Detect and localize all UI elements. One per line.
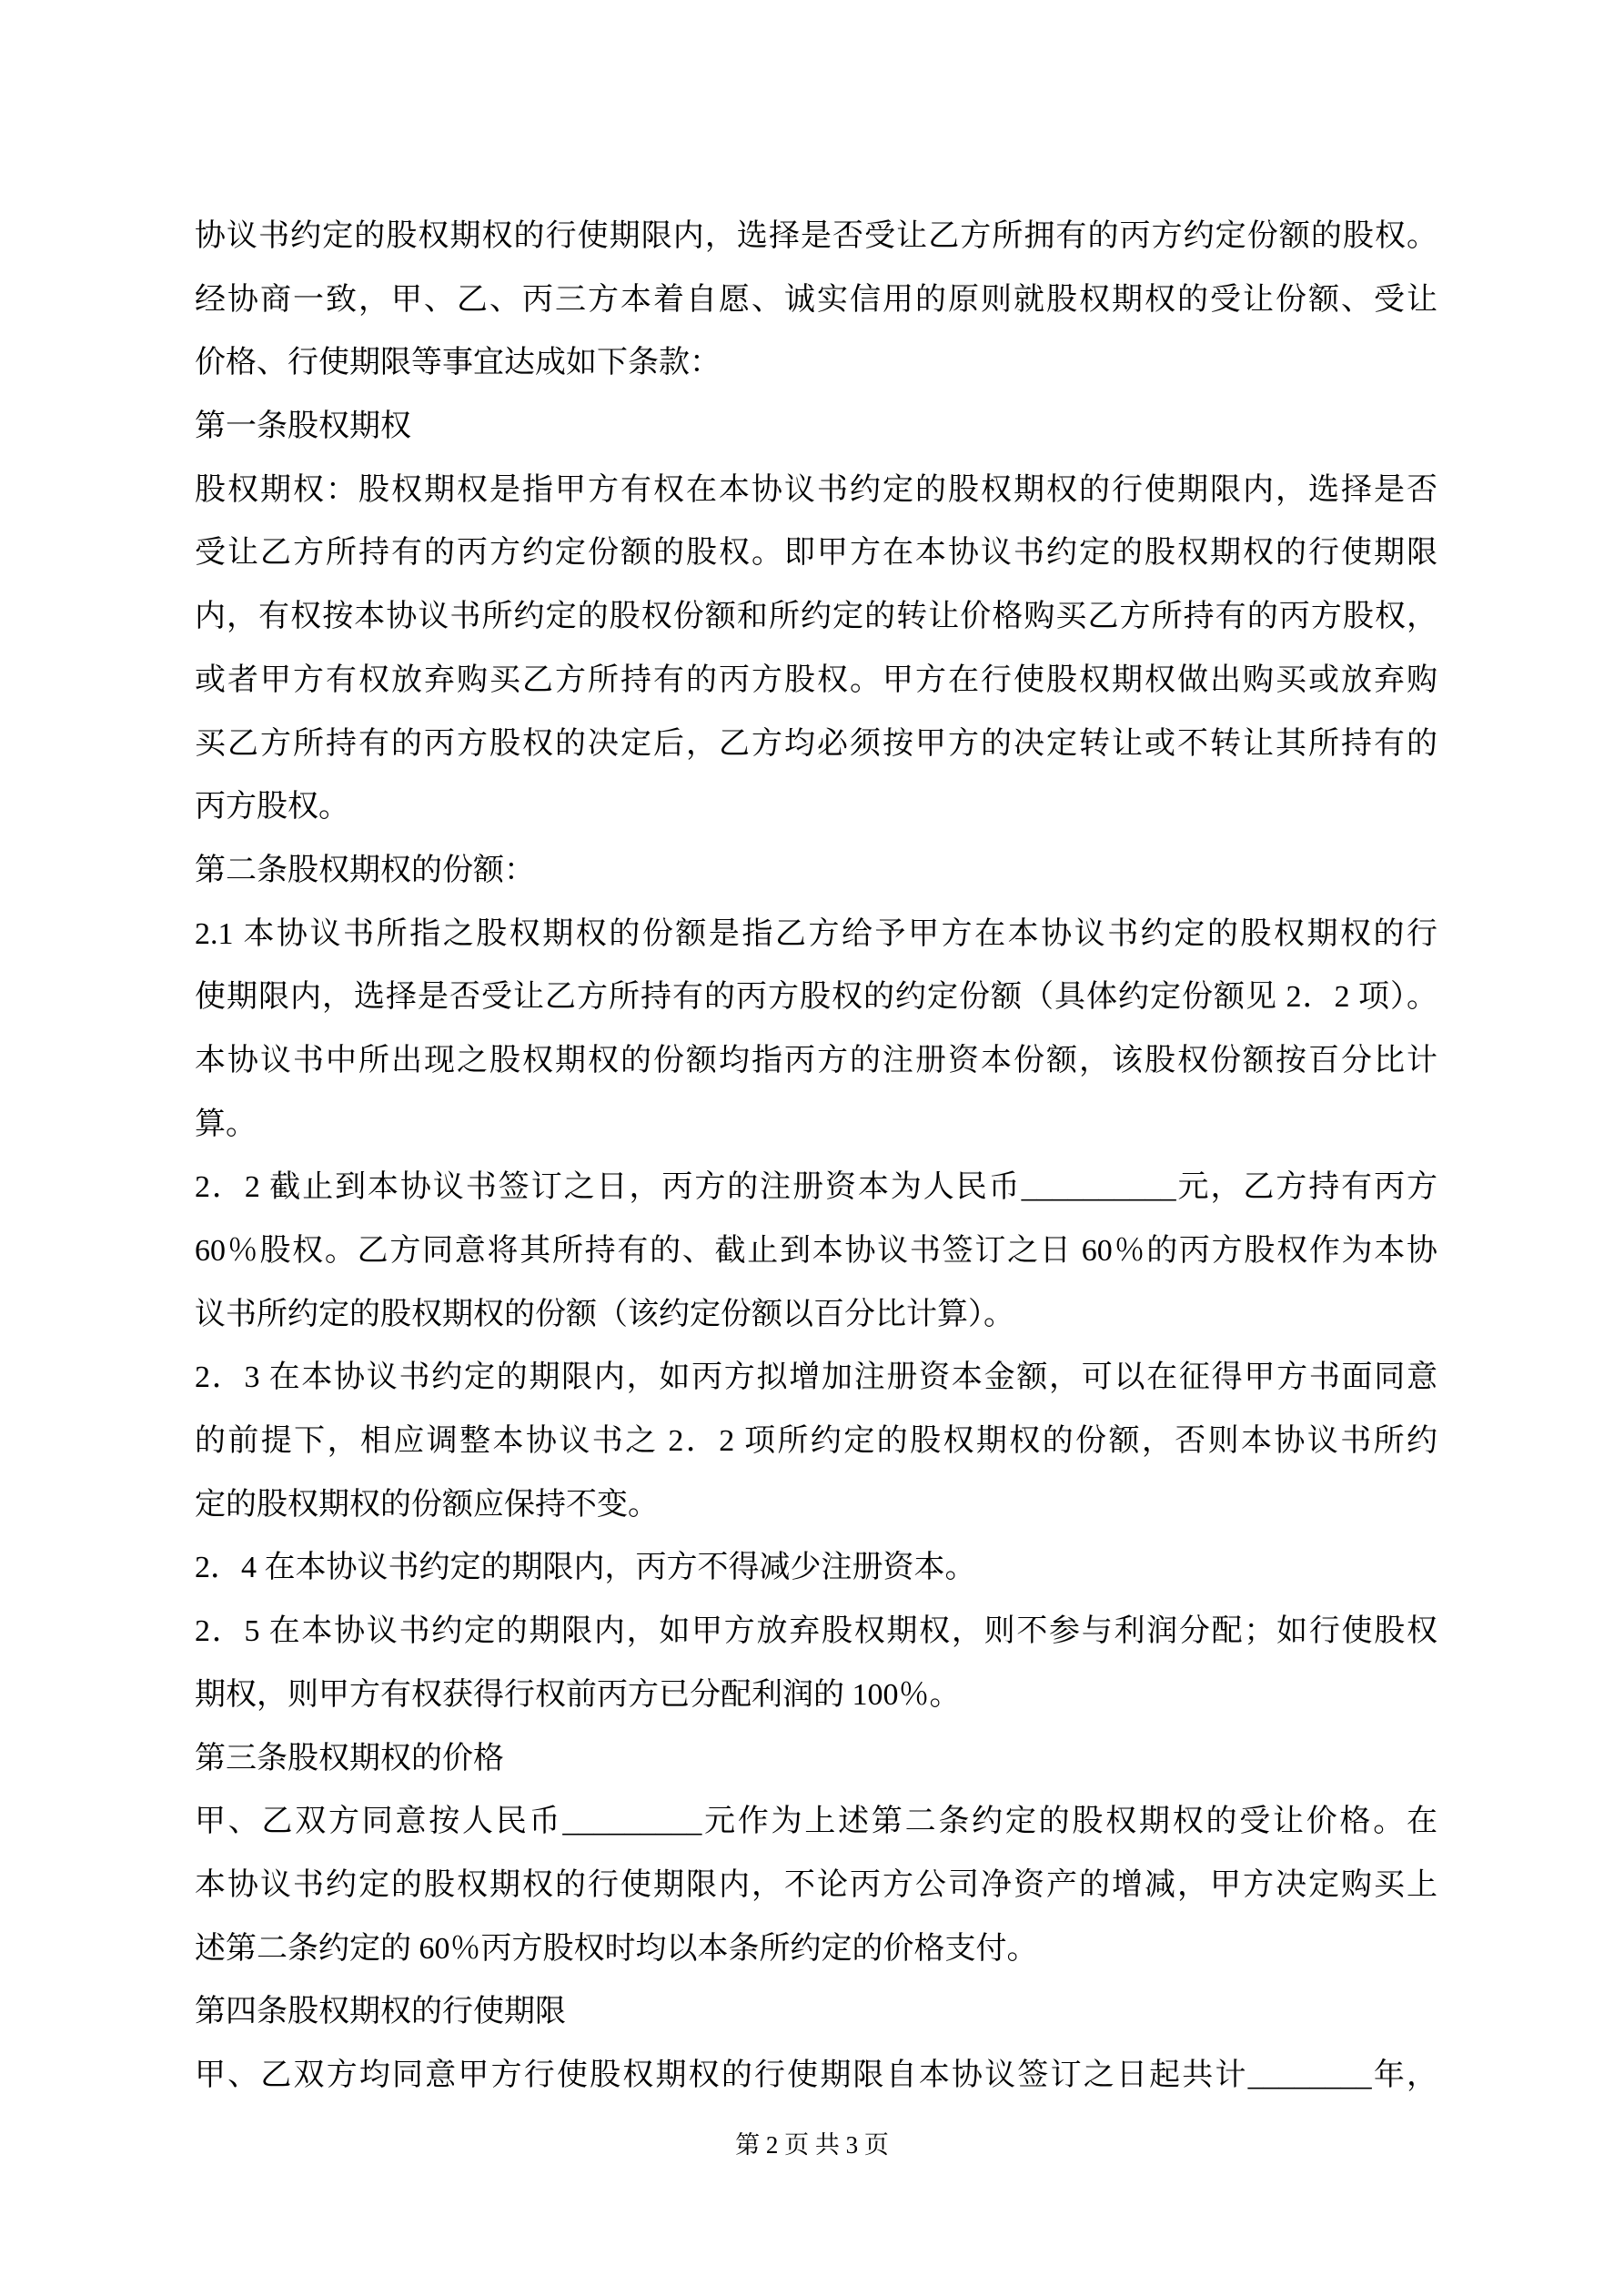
- document-line: 第一条股权期权: [195, 395, 1437, 459]
- document-line: 丙方股权。: [195, 775, 1437, 839]
- document-line: 或者甲方有权放弃购买乙方所持有的丙方股权。甲方在行使股权期权做出购买或放弃购: [195, 649, 1437, 713]
- document-line: 价格、行使期限等事宜达成如下条款：: [195, 331, 1437, 395]
- document-line: 2．3 在本协议书约定的期限内，如丙方拟增加注册资本金额，可以在征得甲方书面同意: [195, 1346, 1437, 1410]
- document-line: 第三条股权期权的价格: [195, 1727, 1437, 1791]
- document-line: 第二条股权期权的份额：: [195, 839, 1437, 903]
- document-line: 本协议书中所出现之股权期权的份额均指丙方的注册资本份额，该股权份额按百分比计: [195, 1029, 1437, 1093]
- document-body: 协议书约定的股权期权的行使期限内，选择是否受让乙方所拥有的丙方约定份额的股权。经…: [195, 205, 1437, 2108]
- document-line: 买乙方所持有的丙方股权的决定后，乙方均必须按甲方的决定转让或不转让其所持有的: [195, 713, 1437, 776]
- document-line: 经协商一致，甲、乙、丙三方本着自愿、诚实信用的原则就股权期权的受让份额、受让: [195, 268, 1437, 332]
- document-line: 算。: [195, 1093, 1437, 1157]
- document-line: 内，有权按本协议书所约定的股权份额和所约定的转让价格购买乙方所持有的丙方股权，: [195, 585, 1437, 649]
- document-line: 60％股权。乙方同意将其所持有的、截止到本协议书签订之日 60％的丙方股权作为本…: [195, 1219, 1437, 1283]
- document-line: 股权期权：股权期权是指甲方有权在本协议书约定的股权期权的行使期限内，选择是否: [195, 459, 1437, 522]
- document-line: 本协议书约定的股权期权的行使期限内，不论丙方公司净资产的增减，甲方决定购买上: [195, 1854, 1437, 1917]
- page-footer: 第 2 页 共 3 页: [0, 2128, 1624, 2162]
- document-line: 第四条股权期权的行使期限: [195, 1980, 1437, 2044]
- document-line: 2.1 本协议书所指之股权期权的份额是指乙方给予甲方在本协议书约定的股权期权的行: [195, 903, 1437, 966]
- document-line: 期权，则甲方有权获得行权前丙方已分配利润的 100％。: [195, 1664, 1437, 1727]
- document-line: 受让乙方所持有的丙方约定份额的股权。即甲方在本协议书约定的股权期权的行使期限: [195, 521, 1437, 585]
- document-line: 使期限内，选择是否受让乙方所持有的丙方股权的约定份额（具体约定份额见 2．2 项…: [195, 966, 1437, 1029]
- document-line: 议书所约定的股权期权的份额（该约定份额以百分比计算）。: [195, 1283, 1437, 1347]
- document-page: 协议书约定的股权期权的行使期限内，选择是否受让乙方所拥有的丙方约定份额的股权。经…: [0, 0, 1624, 2296]
- document-line: 甲、乙双方同意按人民币_________元作为上述第二条约定的股权期权的受让价格…: [195, 1790, 1437, 1854]
- document-line: 述第二条约定的 60％丙方股权时均以本条所约定的价格支付。: [195, 1917, 1437, 1981]
- document-line: 协议书约定的股权期权的行使期限内，选择是否受让乙方所拥有的丙方约定份额的股权。: [195, 205, 1437, 268]
- document-line: 定的股权期权的份额应保持不变。: [195, 1473, 1437, 1537]
- document-line: 2．2 截止到本协议书签订之日，丙方的注册资本为人民币__________元，乙…: [195, 1156, 1437, 1219]
- document-line: 2．4 在本协议书约定的期限内，丙方不得减少注册资本。: [195, 1536, 1437, 1600]
- document-line: 的前提下，相应调整本协议书之 2．2 项所约定的股权期权的份额，否则本协议书所约: [195, 1410, 1437, 1473]
- document-line: 甲、乙双方均同意甲方行使股权期权的行使期限自本协议签订之日起共计________…: [195, 2044, 1437, 2108]
- document-line: 2．5 在本协议书约定的期限内，如甲方放弃股权期权，则不参与利润分配；如行使股权: [195, 1600, 1437, 1664]
